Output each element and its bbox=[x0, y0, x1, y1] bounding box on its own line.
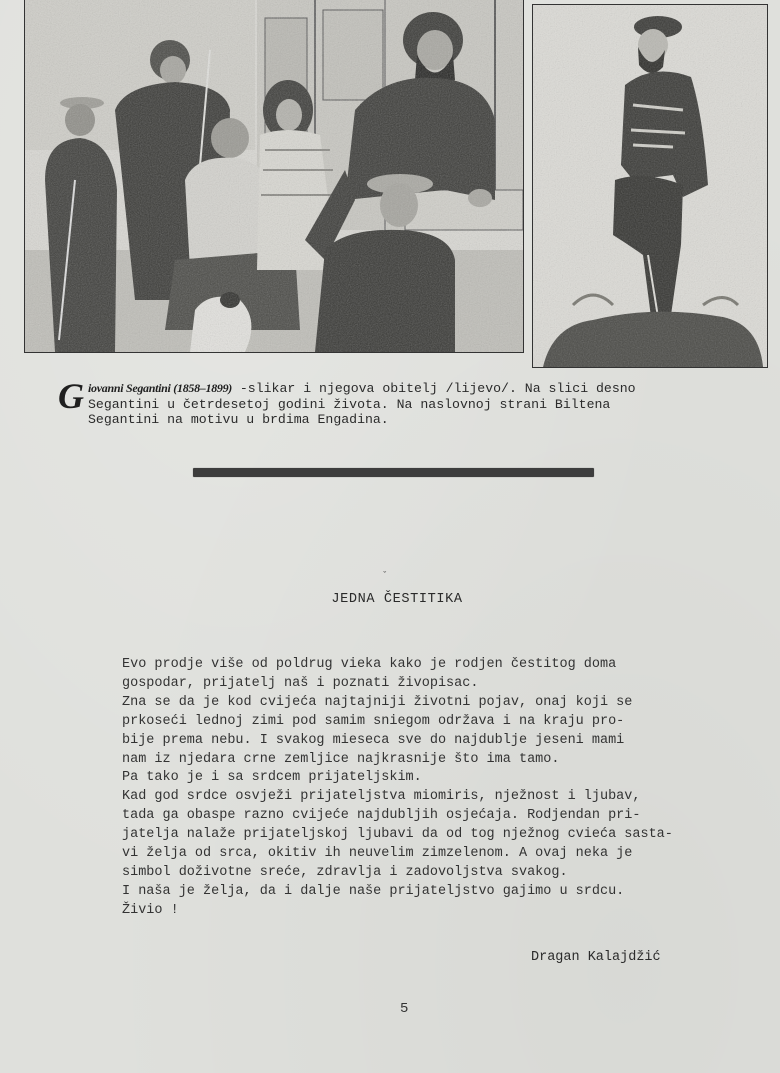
article-body: Evo prodje više od poldrug vieka kako je… bbox=[122, 656, 772, 921]
family-photo bbox=[24, 0, 524, 353]
portrait-photo-image bbox=[533, 5, 767, 367]
article-line: jatelja nalaže prijateljskoj ljubavi da … bbox=[122, 826, 772, 845]
author-signature: Dragan Kalajdžić bbox=[531, 950, 661, 965]
caption-line-3: Segantini na motivu u brdima Engadina. bbox=[58, 412, 758, 428]
caption-dropcap: G bbox=[58, 378, 84, 414]
article-line: tada ga obaspe razno cvijeće najdubljih … bbox=[122, 807, 772, 826]
section-divider bbox=[193, 468, 594, 477]
article-line: I naša je želja, da i dalje naše prijate… bbox=[122, 883, 772, 902]
family-photo-image bbox=[25, 0, 523, 352]
caption-name-dates: iovanni Segantini (1858–1899) bbox=[88, 381, 232, 395]
article-line: simbol doživotne sreće, zdravlja i zadov… bbox=[122, 864, 772, 883]
article-line: gospodar, prijatelj naš i poznati živopi… bbox=[122, 675, 772, 694]
article-line: Kad god srdce osvježi prijateljstva miom… bbox=[122, 788, 772, 807]
article-line: Zna se da je kod cvijeća najtajniji živo… bbox=[122, 694, 772, 713]
article-line: vi želja od srca, okitiv ih neuvelim zim… bbox=[122, 845, 772, 864]
article-line: nam iz njedara crne zemljice najkrasnije… bbox=[122, 751, 772, 770]
portrait-photo bbox=[532, 4, 768, 368]
stray-mark: ˇ bbox=[382, 571, 387, 581]
article-title: JEDNA ČESTITIKA bbox=[0, 592, 780, 607]
article-line: Evo prodje više od poldrug vieka kako je… bbox=[122, 656, 772, 675]
article-line: Pa tako je i sa srdcem prijateljskim. bbox=[122, 769, 772, 788]
article-line: prkoseći lednoj zimi pod samim sniegom o… bbox=[122, 713, 772, 732]
page-number: 5 bbox=[400, 1001, 408, 1017]
article-line: Živio ! bbox=[122, 902, 772, 921]
article-line: bije prema nebu. I svakog mieseca sve do… bbox=[122, 732, 772, 751]
caption-line: iovanni Segantini (1858–1899) -slikar i … bbox=[58, 381, 758, 397]
caption-line-1: -slikar i njegova obitelj /lijevo/. Na s… bbox=[232, 381, 636, 396]
caption-line-2: Segantini u četrdesetoj godini života. N… bbox=[58, 397, 758, 413]
photo-caption: G iovanni Segantini (1858–1899) -slikar … bbox=[58, 381, 758, 428]
